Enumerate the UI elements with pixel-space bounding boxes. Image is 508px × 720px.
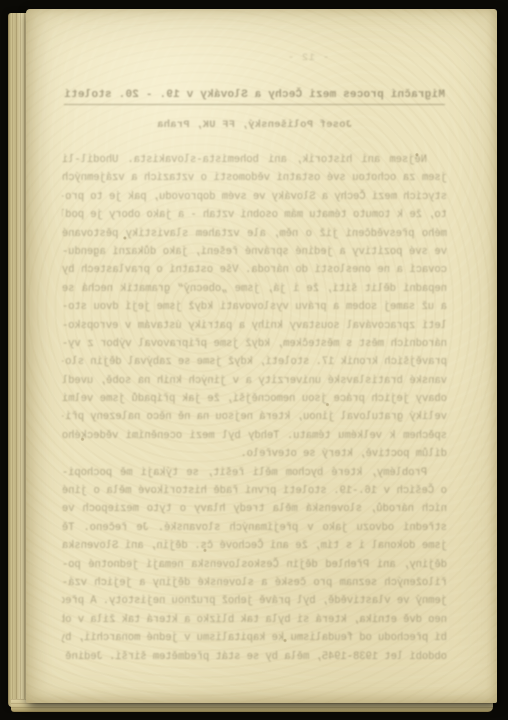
text-line: neo dvě etnika, která si byla tak blízko… [62,611,447,629]
text-line: vanské bratislavské univerzity a v jinýc… [62,372,447,390]
text-line: o Češích v 16.-19. století první řadě hi… [62,482,447,500]
page-number: - 12 - [62,52,447,66]
text-line: dějiny, ani Přehled dějin Československa… [62,556,447,574]
book-photo: - 12 - Migrační proces mezi Čechy a Slov… [0,0,508,720]
text-line: nepadní dělit šíti, že i já, jsme „obecn… [62,280,447,298]
text-line: jsme dokonal i s tím, že ani Čechové čs.… [62,537,447,555]
text-line: stycích mezi Čechy a Slováky ve svém dop… [62,188,447,206]
author-byline: Josef Polišenský, FF UK, Praha [62,118,447,132]
text-line: ních národů, slovenská měla tredy hlavy … [62,500,447,518]
body-text: Nejsem ani historik, ani bohemista-slova… [62,151,447,666]
paragraph-2: Problémy, které bychom měli řešit, se tý… [62,464,447,666]
title-row: Migrační proces mezi Čechy a Slováky v 1… [62,84,447,105]
text-line: řiložených seznam pro české a slovenské … [62,574,447,592]
text-line: jsem za ochotou své ostatní vědomosti o … [62,169,447,187]
text-line: Problémy, které bychom měli řešit, se tý… [62,464,447,482]
text-line: ve své pozitivy a jediné správné řešení,… [62,243,447,261]
text-line: střední odvozu jako v přejímaných slovan… [62,519,447,537]
text-line: dílům poctivě, který se otevřelo. [62,445,447,463]
text-line: letí zpracovával soustavy knihy a patrik… [62,317,447,335]
text-line: bí přechodu od feudalismu ke kapitalismu… [62,629,447,647]
text-line: období let 1938-1945, měla by se stát př… [62,648,447,666]
text-line: a už samej sobem a právu vyslovovati kdy… [62,298,447,316]
text-line: jemný ve vlastivědě, byl právě jehož pru… [62,592,447,610]
text-line: pravějších kronik 17. století, když jsme… [62,353,447,371]
article-title: Migrační proces mezi Čechy a Slováky v 1… [64,88,445,105]
book-page: - 12 - Migrační proces mezi Čechy a Slov… [26,9,497,703]
text-line: to, že k tomuto tématu mám osobní vztah … [62,206,447,224]
text-line: obavy jejich práce jsou nemocnější, že j… [62,390,447,408]
text-line: veliký gratuloval jinou, která nejsou na… [62,408,447,426]
mirrored-bleed-through-text: - 12 - Migrační proces mezi Čechy a Slov… [62,52,447,666]
text-line: spěchem k velkému tématu. Tehdy byl mezi… [62,427,447,445]
text-line: covací a ne oneslostí do národa. Vše ost… [62,261,447,279]
paragraph-1: Nejsem ani historik, ani bohemista-slova… [62,151,447,464]
text-line: národních měst s městečkem, když jsme př… [62,335,447,353]
text-line: mého přesvědčení již o něm, ale vztahem … [62,225,447,243]
text-line: Nejsem ani historik, ani bohemista-slova… [62,151,447,169]
